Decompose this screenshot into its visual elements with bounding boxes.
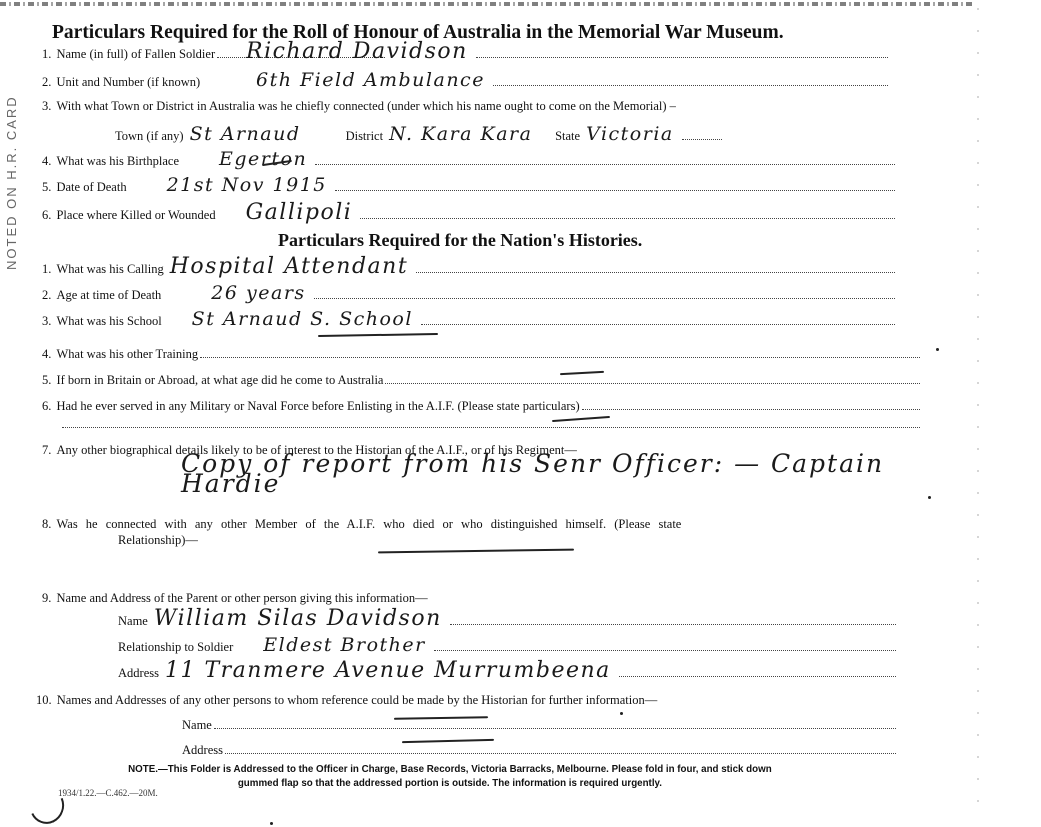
field-label: Place where Killed or Wounded bbox=[56, 207, 215, 223]
dotted-line bbox=[619, 675, 896, 677]
handwritten-town: St Arnaud bbox=[184, 124, 346, 144]
dotted-line bbox=[476, 56, 888, 58]
handwritten-birthplace: Egerton bbox=[179, 149, 313, 169]
pen-stroke bbox=[378, 549, 574, 553]
handwritten-school: St Arnaud S. School bbox=[162, 309, 419, 329]
field-label: Name and Address of the Parent or other … bbox=[56, 590, 427, 606]
prior-service-continuation-line bbox=[60, 418, 922, 432]
field-label: Names and Addresses of any other persons… bbox=[57, 692, 658, 708]
dotted-line bbox=[314, 297, 895, 299]
other-name-label: Name bbox=[182, 717, 212, 733]
handwritten-relationship: Eldest Brother bbox=[233, 635, 431, 655]
dotted-line bbox=[335, 189, 895, 191]
field-place-killed: 6. Place where Killed or Wounded Gallipo… bbox=[42, 201, 897, 223]
field-num: 2. bbox=[42, 287, 51, 303]
handwritten-state: Victoria bbox=[580, 124, 680, 144]
field-label-continued: Relationship)— bbox=[118, 532, 198, 548]
field-label: Name (in full) of Fallen Soldier bbox=[56, 46, 215, 62]
print-code: 1934/1.22.—C.462.—20M. bbox=[58, 788, 158, 798]
town-district-state-row: Town (if any) St Arnaud District N. Kara… bbox=[115, 118, 895, 144]
handwritten-informant-name: William Silas Davidson bbox=[148, 609, 448, 629]
field-num: 8. bbox=[42, 516, 51, 532]
state-label: State bbox=[555, 128, 580, 144]
ink-speck bbox=[270, 822, 273, 825]
field-date-of-death: 5. Date of Death 21st Nov 1915 bbox=[42, 173, 897, 195]
torn-top-edge bbox=[0, 2, 975, 6]
ink-speck bbox=[928, 496, 931, 499]
handwritten-calling: Hospital Attendant bbox=[164, 257, 414, 277]
field-town-district: 3. With what Town or District in Austral… bbox=[42, 92, 922, 114]
field-label: Age at time of Death bbox=[56, 287, 161, 303]
field-age-arrived: 5. If born in Britain or Abroad, at what… bbox=[42, 366, 922, 388]
biographical-fill: Copy of report from his Senr Officer: — … bbox=[175, 458, 955, 494]
other-name-row: Name bbox=[182, 711, 898, 733]
field-label: What was his Birthplace bbox=[56, 153, 179, 169]
handwritten-district: N. Kara Kara bbox=[383, 124, 555, 144]
dotted-line bbox=[225, 752, 896, 754]
field-num: 3. bbox=[42, 313, 51, 329]
handwritten-date-of-death: 21st Nov 1915 bbox=[127, 175, 333, 195]
field-num: 6. bbox=[42, 207, 51, 223]
field-num: 2. bbox=[42, 74, 51, 90]
field-num: 4. bbox=[42, 346, 51, 362]
dotted-line bbox=[315, 163, 895, 165]
dotted-line bbox=[360, 217, 895, 219]
informant-name-row: Name William Silas Davidson bbox=[118, 607, 898, 629]
dotted-line bbox=[421, 323, 895, 325]
field-connected-members-cont: Relationship)— bbox=[118, 526, 418, 548]
field-unit: 2. Unit and Number (if known) bbox=[42, 68, 282, 90]
dotted-line bbox=[682, 138, 722, 140]
dotted-line bbox=[493, 84, 888, 86]
handwritten-biographical: Copy of report from his Senr Officer: — … bbox=[175, 454, 955, 494]
roll-of-honour-form: NOTED ON H.R. CARD Particulars Required … bbox=[0, 0, 1041, 827]
unit-fill: 6th Field Ambulance bbox=[250, 62, 890, 90]
field-num: 3. bbox=[42, 98, 51, 114]
field-calling: 1. What was his Calling Hospital Attenda… bbox=[42, 255, 897, 277]
field-label: What was his School bbox=[56, 313, 161, 329]
pen-stroke bbox=[318, 333, 438, 337]
informant-name-label: Name bbox=[118, 613, 148, 629]
margin-stamp-noted-on-hr-card: NOTED ON H.R. CARD bbox=[4, 78, 26, 288]
ink-speck bbox=[620, 712, 623, 715]
right-margin-dots bbox=[977, 8, 979, 818]
field-other-training: 4. What was his other Training bbox=[42, 340, 922, 362]
field-label: Unit and Number (if known) bbox=[56, 74, 200, 90]
field-label: What was his other Training bbox=[56, 346, 198, 362]
town-label: Town (if any) bbox=[115, 128, 184, 144]
footer-note-line1: NOTE.—This Folder is Addressed to the Of… bbox=[50, 762, 850, 776]
field-informant: 9. Name and Address of the Parent or oth… bbox=[42, 584, 922, 606]
ink-speck bbox=[936, 348, 939, 351]
field-num: 6. bbox=[42, 398, 51, 414]
dotted-line bbox=[214, 727, 896, 729]
informant-address-row: Address 11 Tranmere Avenue Murrumbeena bbox=[118, 659, 898, 681]
dotted-line bbox=[62, 426, 920, 428]
field-num: 9. bbox=[42, 590, 51, 606]
field-age: 2. Age at time of Death 26 years bbox=[42, 281, 897, 303]
footer-note: NOTE.—This Folder is Addressed to the Of… bbox=[50, 762, 850, 790]
field-label: Date of Death bbox=[56, 179, 126, 195]
field-num: 10. bbox=[36, 692, 52, 708]
field-num: 4. bbox=[42, 153, 51, 169]
section2-title: Particulars Required for the Nation's Hi… bbox=[278, 230, 642, 251]
dotted-line bbox=[200, 356, 920, 358]
handwritten-unit: 6th Field Ambulance bbox=[250, 70, 491, 90]
field-prior-service: 6. Had he ever served in any Military or… bbox=[42, 392, 922, 414]
dotted-line bbox=[434, 649, 896, 651]
relationship-label: Relationship to Soldier bbox=[118, 639, 233, 655]
dotted-line bbox=[582, 408, 920, 410]
handwritten-name: Richard Davidson bbox=[240, 42, 474, 62]
field-label: What was his Calling bbox=[56, 261, 163, 277]
informant-relationship-row: Relationship to Soldier Eldest Brother bbox=[118, 633, 898, 655]
field-num: 7. bbox=[42, 442, 51, 458]
field-num: 1. bbox=[42, 261, 51, 277]
address-label: Address bbox=[118, 665, 159, 681]
handwritten-age: 26 years bbox=[161, 283, 311, 303]
dotted-line bbox=[385, 382, 920, 384]
district-label: District bbox=[346, 128, 384, 144]
field-other-references: 10. Names and Addresses of any other per… bbox=[36, 686, 916, 708]
field-num: 5. bbox=[42, 372, 51, 388]
other-address-row: Address bbox=[182, 736, 898, 758]
field-birthplace: 4. What was his Birthplace Egerton bbox=[42, 147, 897, 169]
handwritten-address: 11 Tranmere Avenue Murrumbeena bbox=[159, 661, 617, 681]
handwritten-place-killed: Gallipoli bbox=[216, 203, 359, 223]
field-label: With what Town or District in Australia … bbox=[56, 98, 675, 114]
dotted-line bbox=[450, 623, 896, 625]
field-num: 1. bbox=[42, 46, 51, 62]
field-label: Had he ever served in any Military or Na… bbox=[56, 398, 579, 414]
dotted-line bbox=[416, 271, 895, 273]
other-address-label: Address bbox=[182, 742, 223, 758]
field-num: 5. bbox=[42, 179, 51, 195]
name-fill: Richard Davidson bbox=[240, 34, 890, 62]
footer-note-line2: gummed flap so that the addressed portio… bbox=[50, 776, 850, 790]
field-school: 3. What was his School St Arnaud S. Scho… bbox=[42, 307, 897, 329]
field-label: If born in Britain or Abroad, at what ag… bbox=[56, 372, 383, 388]
